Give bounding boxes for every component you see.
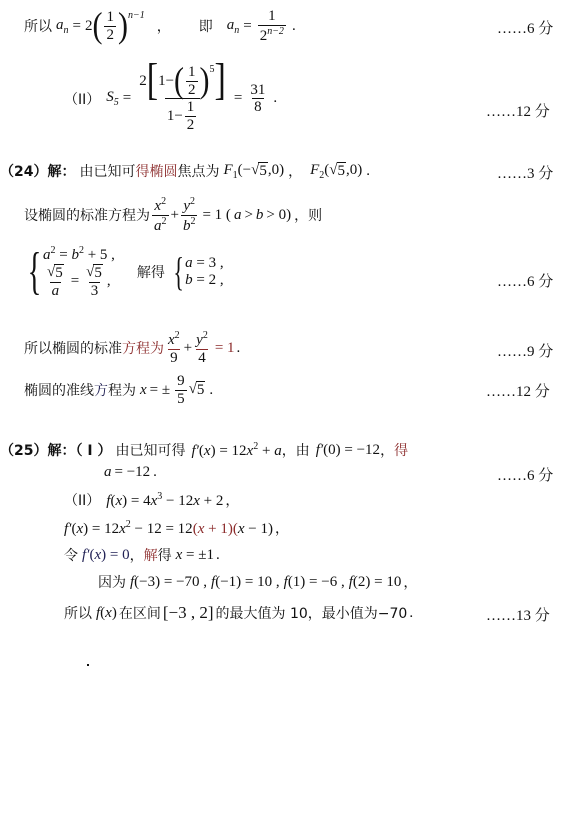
paren-open: ( bbox=[92, 8, 102, 44]
frac-y2-4: y24 bbox=[194, 330, 210, 366]
value-f-neg3: f(−3) = −70 , bbox=[130, 574, 207, 591]
yinwei-text: 因为 bbox=[98, 572, 126, 592]
jiede-text: 解得 bbox=[137, 262, 165, 282]
interval-pre-text: 在区间 bbox=[119, 603, 161, 623]
comma: ， bbox=[403, 572, 417, 592]
de-text: ，得 bbox=[380, 440, 408, 460]
math-condition: a bbox=[234, 207, 242, 224]
plus-sign: + bbox=[171, 207, 179, 224]
exp-n-1: n−1 bbox=[128, 10, 145, 21]
math-x-pm1: x = ±1 bbox=[176, 547, 214, 564]
frac-31-8: 318 bbox=[248, 82, 267, 116]
q25-conclusion-line: 所以 f(x) 在区间 [−3 , 2] 的最大值为 10，最小值为−70 . bbox=[64, 603, 413, 623]
gt-sign: > bbox=[244, 207, 252, 224]
score-9: ……9 分 bbox=[497, 340, 553, 361]
q25-label: （25）解：（ I ） bbox=[0, 440, 111, 460]
jiede-text-2: ，解得 bbox=[130, 545, 172, 565]
q24-system-line: { a2 = b2 + 5 , √5a = √53 , 解得 { a = 3 ,… bbox=[22, 245, 224, 299]
left-brace-small: { bbox=[173, 252, 184, 292]
math-x: x bbox=[140, 382, 147, 399]
math-neg12: = −12 bbox=[115, 464, 151, 481]
part2-label: （II） bbox=[64, 89, 100, 109]
score-13: ……13 分 bbox=[486, 604, 550, 625]
math-b: b bbox=[256, 207, 264, 224]
q24-standard-line: 设椭圆的标准方程为 x2a2 + y2b2 = 1 ( a > b > 0) ，… bbox=[24, 196, 322, 234]
frac-half: 12 bbox=[104, 9, 116, 43]
q24-intro-text: 由已知可得椭圆焦点为 bbox=[79, 161, 219, 181]
value-f-neg1: f(−1) = 10 , bbox=[211, 574, 280, 591]
eq2: √5a = √53 , bbox=[43, 264, 115, 299]
period: . bbox=[216, 547, 220, 564]
q25-zero-line: 令 f′(x) = 0 ，解得 x = ±1 . bbox=[64, 545, 220, 565]
math-fx: f(x) = 4x3 − 12x + 2 bbox=[106, 491, 223, 510]
eq1: a2 = b2 + 5 , bbox=[43, 245, 115, 264]
math-deriv: f′(x) = 12x2 − 12 = 12(x + 1)(x − 1) bbox=[64, 519, 273, 538]
q24-label: （24）解： bbox=[0, 161, 75, 181]
s5-formula-line: （II） S5 = 2[1−(12)5] 1−12 = 318 . bbox=[64, 64, 277, 133]
q24-std-text: 设椭圆的标准方程为 bbox=[24, 205, 150, 225]
math-an: an bbox=[56, 17, 69, 36]
sqrt-5: √5 bbox=[189, 381, 206, 399]
sol2: b = 2 , bbox=[185, 272, 223, 289]
math-s5: S5 bbox=[106, 89, 119, 108]
comma: ， bbox=[275, 518, 289, 538]
comma: ， bbox=[157, 16, 171, 36]
period: . bbox=[153, 464, 157, 481]
math-fprime-zero: f′(x) = 0 bbox=[82, 547, 130, 564]
system-solution: { a = 3 , b = 2 , bbox=[169, 252, 224, 292]
frac-9-5: 95 bbox=[175, 373, 187, 407]
score-3: ……3 分 bbox=[497, 162, 553, 183]
paren-close: ) bbox=[118, 8, 128, 44]
gt-zero: > 0) bbox=[266, 207, 291, 224]
comma: ， bbox=[225, 490, 239, 510]
frac-x2-a2: x2a2 bbox=[152, 196, 169, 234]
q24-result-line: 所以椭圆的标准方程为 x29 + y24 = 1 . bbox=[24, 330, 240, 366]
equals-sign: = bbox=[234, 90, 242, 107]
q24-intro-line: （24）解： 由已知可得椭圆焦点为 F1(−√5,0) ， F2(√5,0) . bbox=[0, 161, 370, 181]
value-f-1: f(1) = −6 , bbox=[284, 574, 345, 591]
q25-a-line: a = −12 . bbox=[104, 464, 157, 481]
interval: [−3 , 2] bbox=[163, 603, 214, 623]
math-fx-2: f(x) bbox=[96, 605, 117, 622]
system-left: { a2 = b2 + 5 , √5a = √53 , bbox=[22, 245, 115, 299]
math-f1: F1(−√5,0) bbox=[223, 162, 284, 181]
stray-dot bbox=[87, 664, 89, 666]
equals-pm: = ± bbox=[150, 382, 170, 399]
comma: ， bbox=[288, 161, 302, 181]
q25-part1-line: （25）解：（ I ） 由已知可得 f′(x) = 12x2 + a ，由 f′… bbox=[0, 440, 408, 460]
period: . bbox=[209, 382, 213, 399]
equals-one: = 1 bbox=[215, 340, 235, 357]
q24-directrix-text: 椭圆的准线方程为 bbox=[24, 380, 136, 400]
q25-intro-text: 由已知可得 bbox=[115, 440, 185, 460]
you-text: ，由 bbox=[282, 440, 310, 460]
q24-result-text: 所以椭圆的标准方程为 bbox=[24, 338, 164, 358]
math-two: 2 bbox=[85, 18, 93, 35]
conclusion-text: 的最大值为 10，最小值为−70 bbox=[216, 603, 408, 623]
frac-s5: 2[1−(12)5] 1−12 bbox=[137, 64, 228, 133]
period: . bbox=[237, 340, 241, 357]
q24-directrix-line: 椭圆的准线方程为 x = ± 95 √5 . bbox=[24, 373, 213, 407]
score-6-c: ……6 分 bbox=[497, 464, 553, 485]
period: . bbox=[409, 605, 413, 622]
math-a: a bbox=[104, 464, 112, 481]
ji-text: 即 bbox=[199, 16, 213, 36]
score-6-a: ……6 分 bbox=[497, 17, 553, 38]
an-formula-line: 所以 an = 2 ( 12 ) n−1 ， 即 an = 12n−2 . bbox=[24, 8, 296, 44]
plus-sign: + bbox=[184, 340, 192, 357]
q25-deriv-line: f′(x) = 12x2 − 12 = 12(x + 1)(x − 1) ， bbox=[64, 518, 289, 538]
ling-text: 令 bbox=[64, 545, 78, 565]
suoyi-text-2: 所以 bbox=[64, 603, 92, 623]
score-6-b: ……6 分 bbox=[497, 270, 553, 291]
part2-label: （II） bbox=[64, 490, 100, 510]
period: . bbox=[366, 163, 370, 180]
math-fprime: f′(x) = 12x2 + a bbox=[191, 441, 281, 460]
math-f2: F2(√5,0) bbox=[310, 162, 362, 181]
equals-sign: = bbox=[123, 90, 131, 107]
ze-text: ，则 bbox=[294, 205, 322, 225]
suoyi-text: 所以 bbox=[24, 16, 52, 36]
period: . bbox=[292, 18, 296, 35]
frac-1-over-2n: 12n−2 bbox=[258, 8, 286, 44]
equals-one: = 1 ( bbox=[202, 207, 230, 224]
math-an2: an bbox=[227, 17, 240, 36]
frac-x2-9: x29 bbox=[166, 330, 182, 366]
score-12-a: ……12 分 bbox=[486, 100, 550, 121]
period: . bbox=[273, 90, 277, 107]
q25-values-line: 因为 f(−3) = −70 , f(−1) = 10 , f(1) = −6 … bbox=[98, 572, 417, 592]
value-f-2: f(2) = 10 bbox=[349, 574, 402, 591]
q25-part2-line: （II） f(x) = 4x3 − 12x + 2 ， bbox=[64, 490, 239, 510]
left-brace: { bbox=[28, 246, 42, 298]
math-fprime0: f′(0) = −12 bbox=[316, 442, 380, 459]
equals-sign: = bbox=[73, 18, 81, 35]
score-12-b: ……12 分 bbox=[486, 380, 550, 401]
frac-y2-b2: y2b2 bbox=[181, 196, 198, 234]
sol1: a = 3 , bbox=[185, 255, 223, 272]
equals-sign: = bbox=[243, 18, 251, 35]
